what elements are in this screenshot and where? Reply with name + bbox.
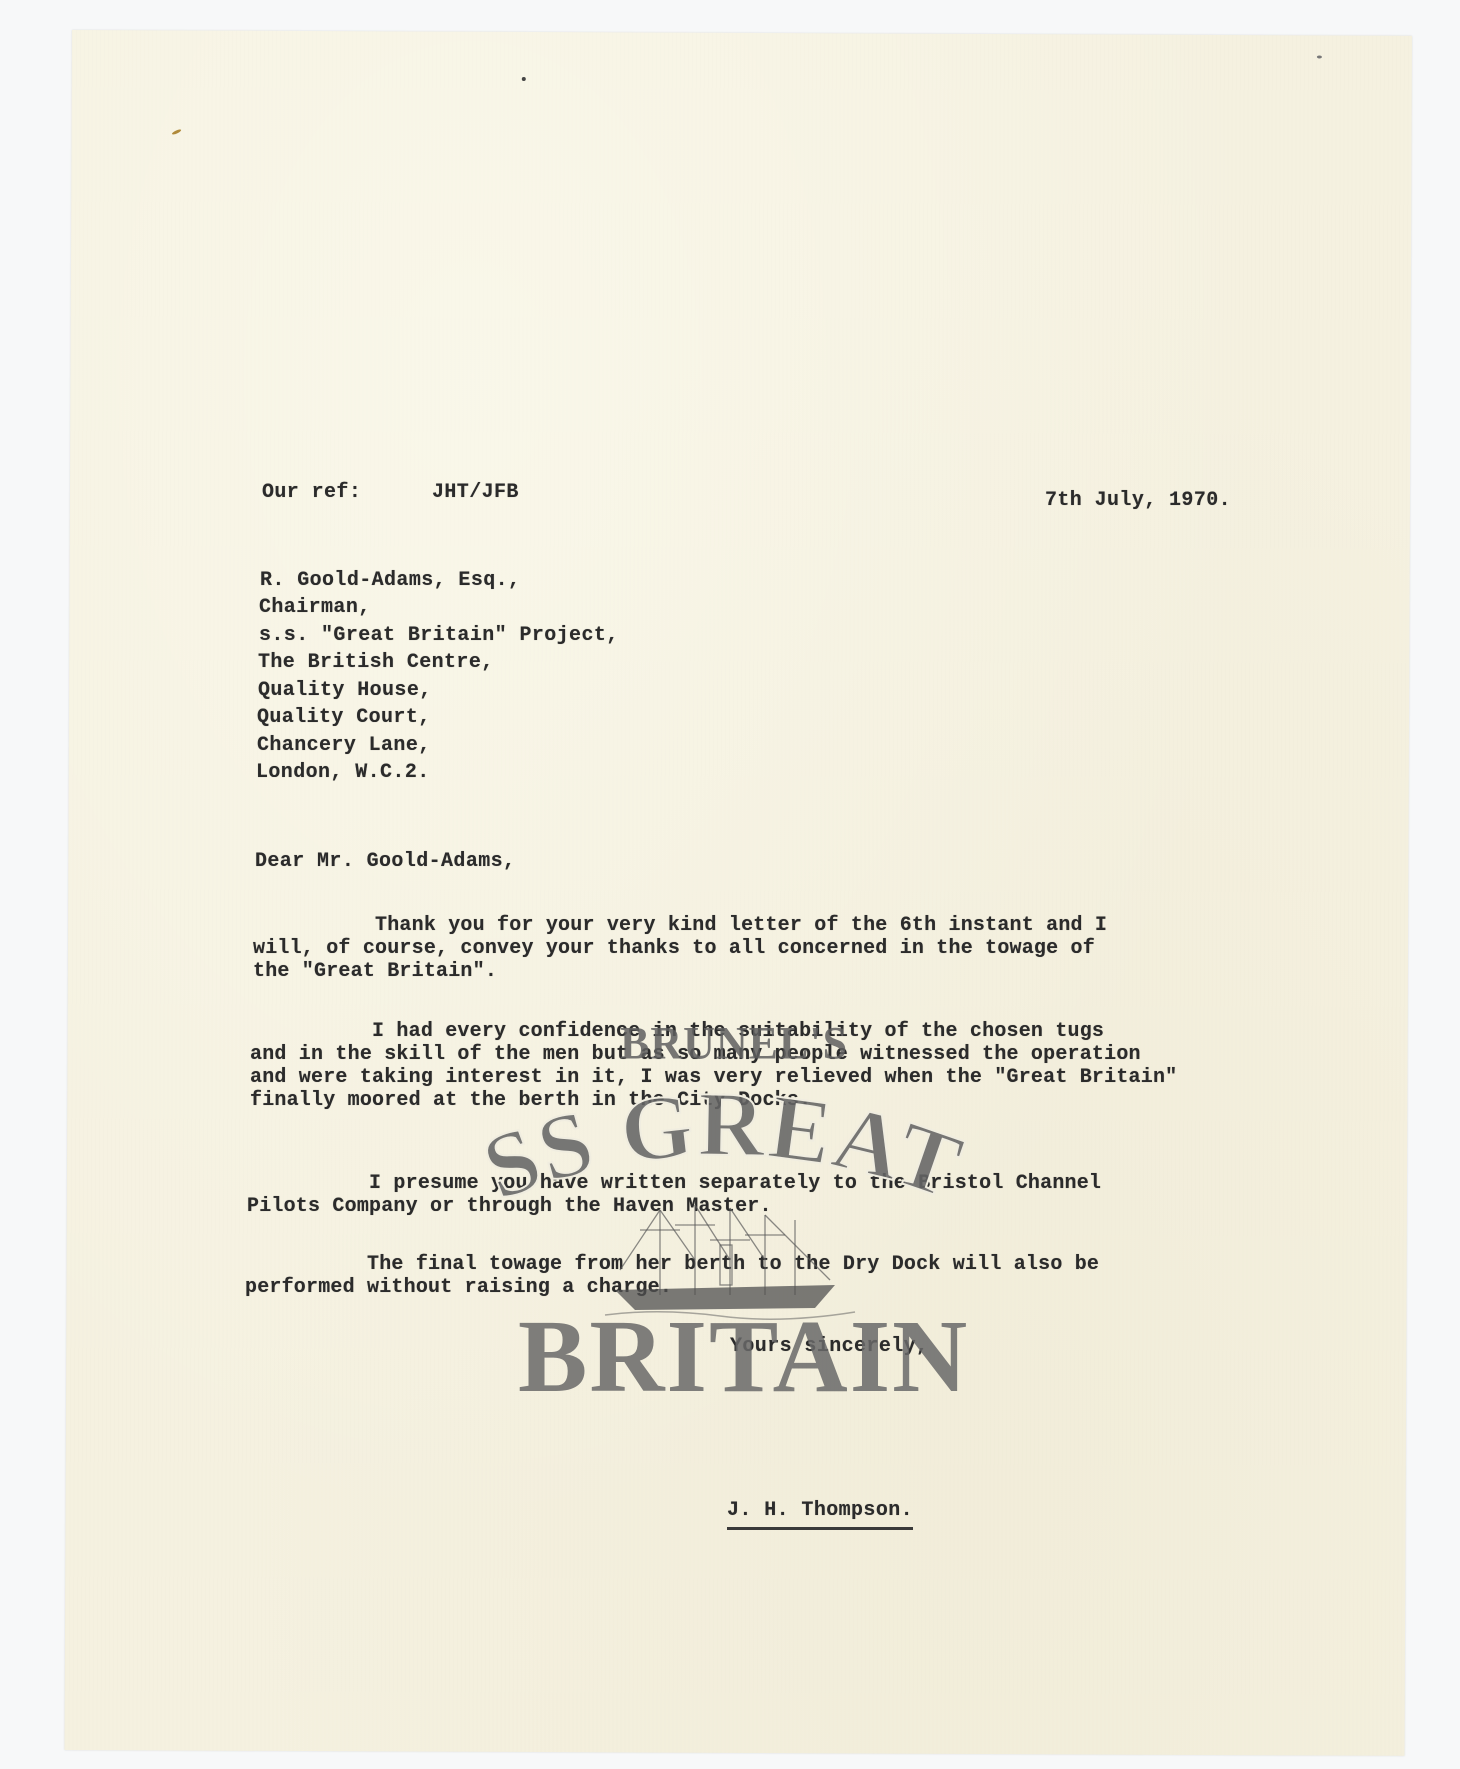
paragraph-line: finally moored at the berth in the City … [250,1089,1177,1112]
paragraph-line: and in the skill of the men but as so ma… [250,1043,1177,1066]
signature: J. H. Thompson. [727,1497,913,1530]
paragraph-line: will, of course, convey your thanks to a… [253,937,1107,960]
paragraph-line: the "Great Britain". [253,960,1107,983]
paper-blemish [522,77,526,81]
address-line: London, W.C.2. [256,759,430,787]
address-line: Quality Court, [257,704,431,732]
paragraph-line: I had every confidence in the suitabilit… [250,1020,1177,1043]
address-line: Chancery Lane, [257,732,431,760]
paper-blemish [1317,55,1322,58]
address-line: Quality House, [258,677,432,705]
paragraph-line: I presume you have written separately to… [247,1172,1101,1195]
address-line: Chairman, [259,594,371,622]
paragraph-line: performed without raising a charge. [245,1276,1099,1299]
body-paragraph-3: I presume you have written separately to… [247,1172,1101,1218]
paragraph-line: The final towage from her berth to the D… [245,1253,1099,1276]
body-paragraph-4: The final towage from her berth to the D… [245,1253,1099,1299]
address-line: R. Goold-Adams, Esq., [260,567,520,595]
reference-value: JHT/JFB [432,479,519,507]
paper-blemish [171,129,181,136]
paragraph-line: and were taking interest in it, I was ve… [250,1066,1177,1089]
body-paragraph-1: Thank you for your very kind letter of t… [253,914,1107,983]
address-line: s.s. "Great Britain" Project, [259,622,619,650]
address-line: The British Centre, [258,649,494,677]
paragraph-line: Thank you for your very kind letter of t… [253,914,1107,937]
letter-date: 7th July, 1970. [1045,487,1231,515]
salutation: Dear Mr. Goold-Adams, [255,848,515,876]
reference-label: Our ref: [262,479,361,507]
body-paragraph-2: I had every confidence in the suitabilit… [250,1020,1177,1112]
closing: Yours sincerely, [730,1333,928,1361]
paragraph-line: Pilots Company or through the Haven Mast… [247,1195,1101,1218]
